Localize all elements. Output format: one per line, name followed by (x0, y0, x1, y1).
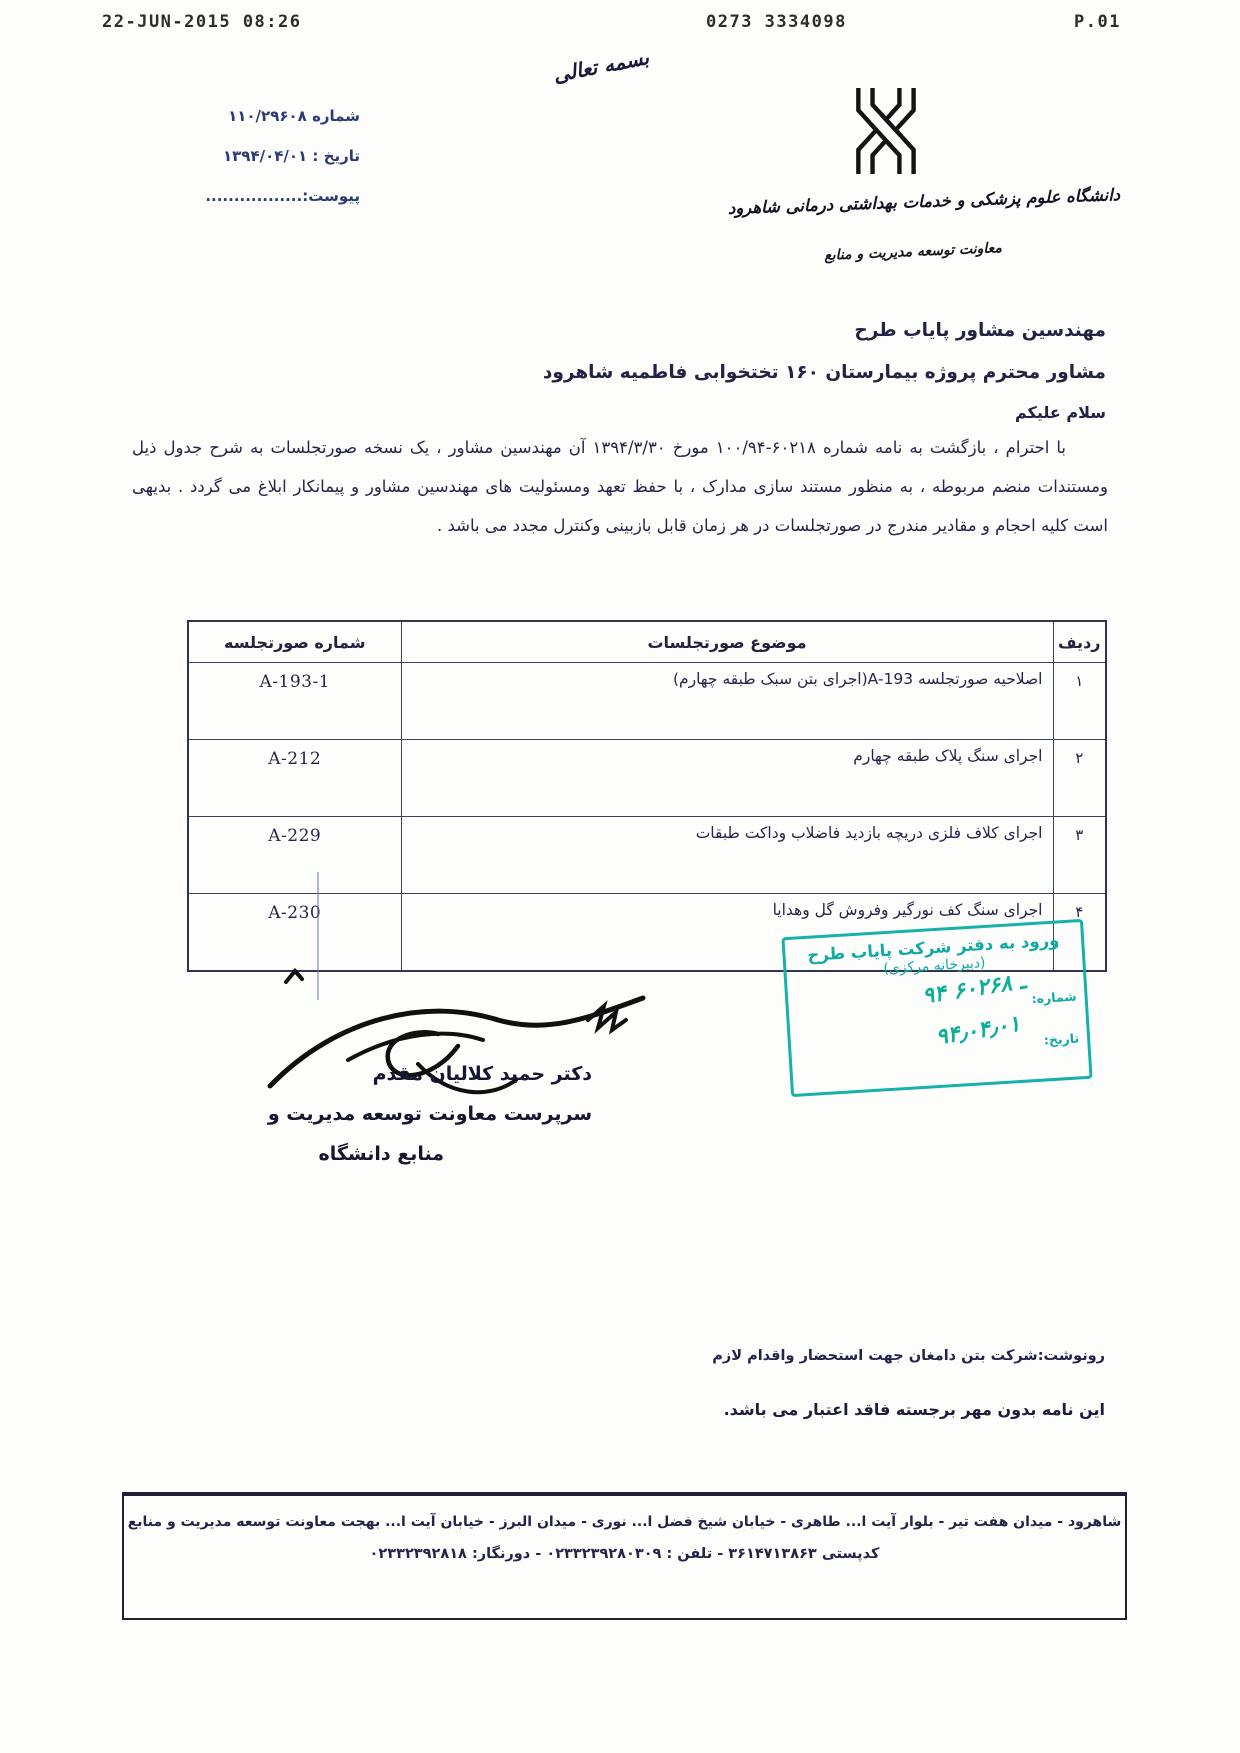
letter-attachment-dots: ................. (205, 187, 302, 205)
entry-stamp: ورود به دفتر شرکت پایاب طرح (دبیرخانه مر… (781, 919, 1092, 1097)
letter-attachment: پیوست:................. (146, 182, 360, 222)
letter-date-label: تاریخ : (312, 147, 360, 165)
row-subject: اجرای کلاف فلزی دریچه بازدید فاضلاب وداک… (401, 817, 1053, 894)
row-minutes-code: A-193-1 (188, 663, 401, 740)
recipient-line-2: مشاور محترم پروژه بیمارستان ۱۶۰ تختخوابی… (543, 352, 1106, 394)
header-subject: موضوع صورتجلسات (401, 621, 1053, 663)
footer-address-box: شاهرود - میدان هفت تیر - بلوار آیت ا... … (122, 1492, 1127, 1620)
row-subject: اصلاحیه صورتجلسه A-193(اجرای بتن سبک طبق… (401, 663, 1053, 740)
row-minutes-code: A-230 (188, 894, 401, 972)
letter-date: تاریخ : ۱۳۹۴/۰۴/۰۱ (146, 142, 360, 182)
university-name: دانشگاه علوم پزشکی و خدمات بهداشتی درمان… (726, 185, 1122, 218)
footer-contact: کدپستی ۳۶۱۴۷۱۳۸۶۳ - تلفن : ۰۲۳۳۲۳۹۲۸۰۳۰۹… (124, 1546, 1125, 1562)
letter-meta-block: شماره ۱۱۰/۲۹۶۰۸ تاریخ : ۱۳۹۴/۰۴/۰۱ پیوست… (146, 102, 360, 222)
body-text-between: مورخ (666, 438, 716, 457)
signatory-title-line-1: سرپرست معاونت توسعه مدیریت و (230, 1094, 592, 1134)
minutes-table: ردیف موضوع صورتجلسات شماره صورتجلسه ۱ اص… (187, 620, 1107, 972)
signatory-name: دکتر حمید کلالیان مقدم (230, 1054, 592, 1094)
row-no: ۲ (1053, 740, 1106, 817)
table-header-row: ردیف موضوع صورتجلسات شماره صورتجلسه (188, 621, 1106, 663)
row-minutes-code: A-229 (188, 817, 401, 894)
body-text-before-ref: با احترام ، بازگشت به نامه شماره (816, 438, 1066, 457)
bismillah-calligraphy: بسمه تعالی (545, 44, 658, 89)
row-no: ۱ (1053, 663, 1106, 740)
table-row: ۳ اجرای کلاف فلزی دریچه بازدید فاضلاب ود… (188, 817, 1106, 894)
cc-note: رونوشت:شرکت بتن دامغان جهت استحضار واقدا… (712, 1348, 1105, 1364)
stamp-number-handwritten: ۹۴ ـ ۶۰۲۶۸ (920, 969, 1027, 1009)
letter-attachment-label: پیوست: (302, 187, 360, 205)
fax-line-number: 0273 3334098 (706, 12, 847, 32)
stamp-date-label: تاریخ: (1043, 1030, 1079, 1047)
fax-datetime: 22-JUN-2015 08:26 (102, 12, 302, 32)
letter-date-value: ۱۳۹۴/۰۴/۰۱ (223, 147, 307, 165)
letter-number-label: شماره (312, 107, 360, 125)
stamp-number-label: شماره: (1031, 988, 1077, 1006)
signatory-block: دکتر حمید کلالیان مقدم سرپرست معاونت توس… (230, 1054, 592, 1174)
row-subject: اجرای سنگ پلاک طبقه چهارم (401, 740, 1053, 817)
recipient-block: مهندسین مشاور پایاب طرح مشاور محترم پروژ… (543, 310, 1106, 432)
validity-note: این نامه بدون مهر برجسته فاقد اعتبار می … (724, 1400, 1105, 1419)
fax-page-number: P.01 (1074, 12, 1121, 32)
row-no: ۳ (1053, 817, 1106, 894)
referenced-letter-date: ۱۳۹۴/۳/۳۰ (593, 438, 666, 457)
body-paragraph: با احترام ، بازگشت به نامه شماره ۱۰۰/۹۴-… (132, 428, 1108, 545)
row-minutes-code: A-212 (188, 740, 401, 817)
table-row: ۱ اصلاحیه صورتجلسه A-193(اجرای بتن سبک ط… (188, 663, 1106, 740)
recipient-line-1: مهندسین مشاور پایاب طرح (543, 310, 1106, 352)
salutation: سلام علیکم (543, 394, 1106, 432)
header-row-no: ردیف (1053, 621, 1106, 663)
footer-address: شاهرود - میدان هفت تیر - بلوار آیت ا... … (124, 1514, 1125, 1530)
referenced-letter-number: ۱۰۰/۹۴-۶۰۲۱۸ (716, 438, 816, 457)
letter-number-value: ۱۱۰/۲۹۶۰۸ (228, 107, 307, 125)
letter-number: شماره ۱۱۰/۲۹۶۰۸ (146, 102, 360, 142)
university-emblem-icon (841, 80, 929, 186)
scanned-letter-page: 22-JUN-2015 08:26 0273 3334098 P.01 بسمه… (0, 0, 1240, 1753)
table-row: ۲ اجرای سنگ پلاک طبقه چهارم A-212 (188, 740, 1106, 817)
department-name: معاونت توسعه مدیریت و منابع (808, 239, 1018, 264)
signatory-title-line-2: منابع دانشگاه (230, 1134, 592, 1174)
stamp-date-handwritten: ۹۴٫۰۴٫۰۱ (934, 1012, 1022, 1051)
header-minutes-no: شماره صورتجلسه (188, 621, 401, 663)
